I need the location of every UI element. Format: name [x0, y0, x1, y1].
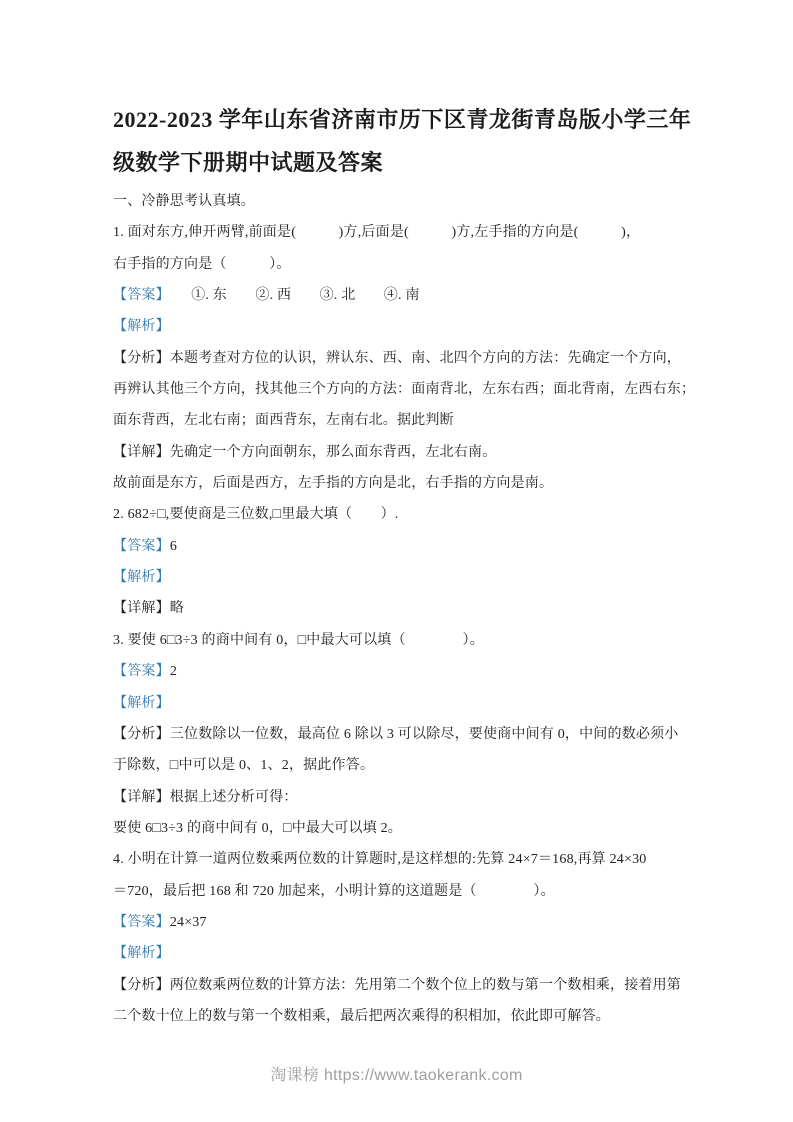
line-text: ＝720，最后把 168 和 720 加起来，小明计算的这道题是（ ）。 [113, 884, 555, 899]
document-title: 2022-2023 学年山东省济南市历下区青龙街青岛版小学三年 级数学下册期中试… [113, 98, 693, 184]
document-title-line-2: 级数学下册期中试题及答案 [113, 141, 693, 184]
analysis-line: 【解析】 [113, 938, 693, 969]
explanation-line: 于除数，□中可以是 0、1、2，据此作答。 [113, 750, 693, 781]
line-text: 一、冷静思考认真填。 [113, 194, 255, 209]
explanation-line: 【分析】三位数除以一位数，最高位 6 除以 3 可以除尽，要使商中间有 0，中间… [113, 719, 693, 750]
document-page: 2022-2023 学年山东省济南市历下区青龙街青岛版小学三年 级数学下册期中试… [113, 98, 693, 1032]
analysis-line: 【解析】 [113, 688, 693, 719]
line-text: 【详解】先确定一个方向面朝东，那么面东背西，左北右南。 [113, 445, 496, 460]
line-text: 【分析】三位数除以一位数，最高位 6 除以 3 可以除尽，要使商中间有 0，中间… [113, 727, 679, 742]
explanation-line: 故前面是东方，后面是西方，左手指的方向是北，右手指的方向是南。 [113, 468, 693, 499]
question-line: 4. 小明在计算一道两位数乘两位数的计算题时,是这样想的:先算 24×7＝168… [113, 844, 693, 875]
line-text: 6 [170, 539, 177, 554]
question-line: 1. 面对东方,伸开两臂,前面是( )方,后面是( )方,左手指的方向是( )， [113, 217, 693, 248]
line-text: 【分析】本题考查对方位的认识，辨认东、西、南、北四个方向的方法：先确定一个方向， [113, 351, 681, 366]
explanation-line: 【详解】先确定一个方向面朝东，那么面东背西，左北右南。 [113, 437, 693, 468]
answer-marker: 【答案】 [113, 539, 170, 554]
explanation-line: 【分析】两位数乘两位数的计算方法：先用第二个数个位上的数与第一个数相乘，接着用第 [113, 970, 693, 1001]
explanation-line: 二个数十位上的数与第一个数相乘，最后把两次乘得的积相加，依此即可解答。 [113, 1001, 693, 1032]
line-text: 【分析】两位数乘两位数的计算方法：先用第二个数个位上的数与第一个数相乘，接着用第 [113, 978, 681, 993]
analysis-marker: 【解析】 [113, 696, 170, 711]
explanation-line: 再辨认其他三个方向，找其他三个方向的方法：面南背北，左东右西；面北背南，左西右东… [113, 374, 693, 405]
question-line: 2. 682÷□,要使商是三位数,□里最大填（ ）. [113, 499, 693, 530]
analysis-marker: 【解析】 [113, 319, 170, 334]
explanation-line: 【详解】略 [113, 593, 693, 624]
line-text: 要使 6□3÷3 的商中间有 0，□中最大可以填 2。 [113, 821, 402, 836]
line-text: 24×37 [170, 915, 207, 930]
line-text: 【详解】略 [113, 601, 184, 616]
line-text: 再辨认其他三个方向，找其他三个方向的方法：面南背北，左东右西；面北背南，左西右东… [113, 382, 695, 397]
analysis-marker: 【解析】 [113, 946, 170, 961]
question-line: ＝720，最后把 168 和 720 加起来，小明计算的这道题是（ ）。 [113, 876, 693, 907]
analysis-line: 【解析】 [113, 311, 693, 342]
answer-line: 【答案】6 [113, 531, 693, 562]
analysis-line: 【解析】 [113, 562, 693, 593]
explanation-line: 【分析】本题考查对方位的认识，辨认东、西、南、北四个方向的方法：先确定一个方向， [113, 343, 693, 374]
answer-line: 【答案】2 [113, 656, 693, 687]
document-body: 一、冷静思考认真填。1. 面对东方,伸开两臂,前面是( )方,后面是( )方,左… [113, 186, 693, 1032]
watermark-footer: 淘课榜 https://www.taokerank.com [0, 1062, 793, 1090]
explanation-line: 【详解】根据上述分析可得： [113, 782, 693, 813]
line-text: 4. 小明在计算一道两位数乘两位数的计算题时,是这样想的:先算 24×7＝168… [113, 852, 646, 867]
line-text: 2. 682÷□,要使商是三位数,□里最大填（ ）. [113, 507, 399, 522]
document-title-line-1: 2022-2023 学年山东省济南市历下区青龙街青岛版小学三年 [113, 98, 693, 141]
line-text: 于除数，□中可以是 0、1、2，据此作答。 [113, 758, 374, 773]
answer-line: 【答案】24×37 [113, 907, 693, 938]
answer-marker: 【答案】 [113, 288, 163, 303]
question-line: 右手指的方向是（ ）。 [113, 249, 693, 280]
line-text: 右手指的方向是（ ）。 [113, 257, 291, 272]
line-text: 面东背西，左北右南；面西背东，左南右北。据此判断 [113, 413, 454, 428]
question-line: 3. 要使 6□3÷3 的商中间有 0，□中最大可以填（ ）。 [113, 625, 693, 656]
section-line: 一、冷静思考认真填。 [113, 186, 693, 217]
line-text: 【详解】根据上述分析可得： [113, 790, 298, 805]
explanation-line: 要使 6□3÷3 的商中间有 0，□中最大可以填 2。 [113, 813, 693, 844]
explanation-line: 面东背西，左北右南；面西背东，左南右北。据此判断 [113, 405, 693, 436]
line-text: ①. 东 ②. 西 ③. 北 ④. 南 [163, 288, 420, 303]
line-text: 1. 面对东方,伸开两臂,前面是( )方,后面是( )方,左手指的方向是( )， [113, 225, 640, 240]
line-text: 2 [170, 664, 177, 679]
line-text: 二个数十位上的数与第一个数相乘，最后把两次乘得的积相加，依此即可解答。 [113, 1009, 610, 1024]
answer-marker: 【答案】 [113, 915, 170, 930]
answer-marker: 【答案】 [113, 664, 170, 679]
answer-line: 【答案】 ①. 东 ②. 西 ③. 北 ④. 南 [113, 280, 693, 311]
analysis-marker: 【解析】 [113, 570, 170, 585]
line-text: 3. 要使 6□3÷3 的商中间有 0，□中最大可以填（ ）。 [113, 633, 484, 648]
line-text: 故前面是东方，后面是西方，左手指的方向是北，右手指的方向是南。 [113, 476, 553, 491]
